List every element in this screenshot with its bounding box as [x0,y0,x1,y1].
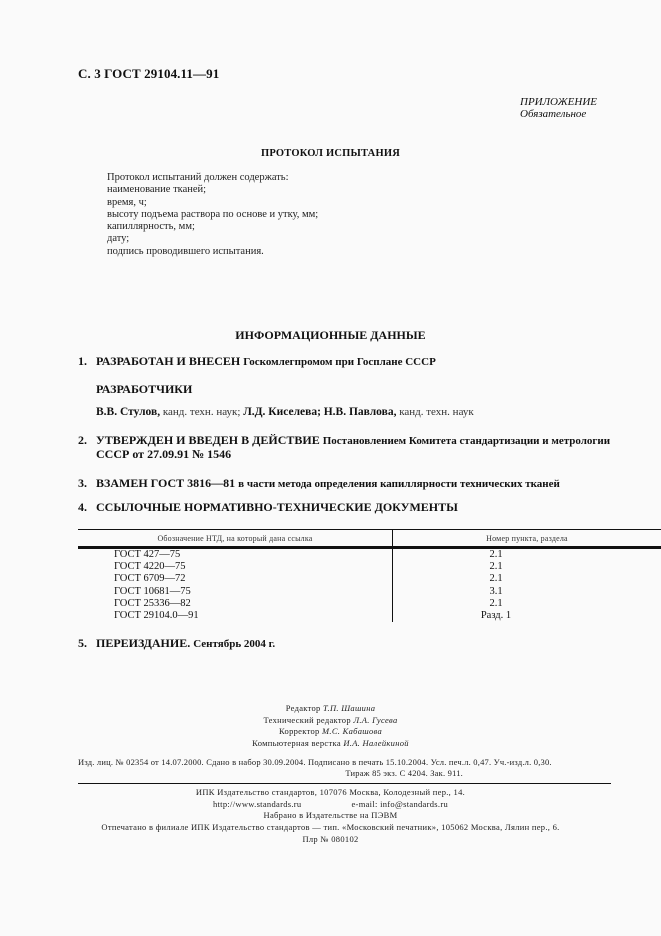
section-text-cont: СССР от 27.09.91 № 1546 [78,448,610,461]
website-link[interactable]: http://www.standards.ru [213,799,302,811]
section-heading: ВЗАМЕН ГОСТ 3816—81 [96,476,235,490]
protocol-line: время, ч; [107,197,318,209]
table-row: ГОСТ 4220—75 2.1 [78,561,661,573]
section-heading: РАЗРАБОТАН И ВНЕСЕН [96,354,240,368]
section-1: 1.РАЗРАБОТАН И ВНЕСЕН Госкомлегпромом пр… [78,354,436,369]
section-5: 5.ПЕРЕИЗДАНИЕ. Сентябрь 2004 г. [78,636,275,651]
credit-name: Л.А. Гусева [353,715,397,725]
credit-role: Редактор [286,703,321,713]
credit-name: Т.П. Шашина [323,703,375,713]
table-cell-clause: Разд. 1 [466,610,526,622]
table-row: ГОСТ 10681—75 3.1 [78,586,661,598]
section-text: Сентябрь 2004 г. [193,638,275,650]
table-cell-doc: ГОСТ 29104.0—91 [78,610,393,622]
protocol-body: Протокол испытаний должен содержать: наи… [107,172,318,258]
developer-name: Н.В. Павлова, [324,406,397,418]
section-number: 5. [78,636,96,651]
table-cell-doc: ГОСТ 25336—82 [78,598,393,610]
publisher-line: Набрано в Издательстве на ПЭВМ [0,810,661,822]
appendix-subtitle: Обязательное [520,108,597,120]
credit-name: И.А. Налейкиной [343,738,408,748]
section-number: 4. [78,500,96,515]
imprint: Изд. лиц. № 02354 от 14.07.2000. Сдано в… [78,757,611,779]
credit-role: Корректор [279,726,320,736]
section-text: в части метода определения капиллярности… [238,478,560,490]
column-header: Номер пункта, раздела [393,530,661,548]
developers-title: РАЗРАБОТЧИКИ [96,382,192,397]
table-row: ГОСТ 6709—72 2.1 [78,573,661,585]
email-link[interactable]: e-mail: info@standards.ru [351,799,448,809]
developer-name: В.В. Стулов, [96,406,160,418]
credit-role: Технический редактор [263,715,350,725]
table-cell-clause: 2.1 [466,561,526,573]
appendix-title: ПРИЛОЖЕНИЕ [520,96,597,108]
appendix-label: ПРИЛОЖЕНИЕ Обязательное [520,96,597,120]
section-number: 3. [78,476,96,491]
column-header: Обозначение НТД, на который дана ссылка [78,530,393,548]
section-4: 4.ССЫЛОЧНЫЕ НОРМАТИВНО-ТЕХНИЧЕСКИЕ ДОКУМ… [78,500,458,515]
table-cell-doc: ГОСТ 427—75 [78,548,393,562]
section-text: Госкомлегпромом при Госплане СССР [243,356,436,368]
protocol-line: подпись проводившего испытания. [107,246,318,258]
table-cell-doc: ГОСТ 10681—75 [78,586,393,598]
reference-table: Обозначение НТД, на который дана ссылка … [78,529,661,622]
section-2: 2.УТВЕРЖДЕН И ВВЕДЕН В ДЕЙСТВИЕ Постанов… [78,434,610,461]
protocol-line: дату; [107,233,318,245]
table-cell-clause: 2.1 [466,598,526,610]
table-header-row: Обозначение НТД, на который дана ссылка … [78,530,661,548]
credit-line: Компьютерная верстка И.А. Налейкиной [0,738,661,750]
protocol-line: высоту подъема раствора по основе и утку… [107,209,318,221]
table-cell-clause: 3.1 [466,586,526,598]
publisher-line: Плр № 080102 [0,834,661,846]
publisher-line: ИПК Издательство стандартов, 107076 Моск… [0,787,661,799]
section-3: 3.ВЗАМЕН ГОСТ 3816—81 в части метода опр… [78,476,560,491]
info-title: ИНФОРМАЦИОННЫЕ ДАННЫЕ [0,328,661,343]
protocol-line: Протокол испытаний должен содержать: [107,172,318,184]
section-number: 1. [78,354,96,369]
publisher-info: ИПК Издательство стандартов, 107076 Моск… [0,787,661,846]
publisher-line: Отпечатано в филиале ИПК Издательство ст… [0,822,661,834]
protocol-title: ПРОТОКОЛ ИСПЫТАНИЯ [0,148,661,159]
imprint-line: Тираж 85 экз. С 4204. Зак. 911. [78,768,611,779]
section-heading: ССЫЛОЧНЫЕ НОРМАТИВНО-ТЕХНИЧЕСКИЕ ДОКУМЕН… [96,500,458,514]
credit-line: Редактор Т.П. Шашина [0,703,661,715]
protocol-line: капиллярность, мм; [107,221,318,233]
credit-line: Корректор М.С. Кабашова [0,726,661,738]
section-text: Постановлением Комитета стандартизации и… [323,435,610,447]
section-number: 2. [78,434,96,447]
developer-degree: канд. техн. наук; [163,406,241,418]
table-cell-clause: 2.1 [466,573,526,585]
developer-degree: канд. техн. наук [399,406,474,418]
credit-role: Компьютерная верстка [252,738,341,748]
credit-name: М.С. Кабашова [322,726,382,736]
section-heading: ПЕРЕИЗДАНИЕ. [96,636,190,650]
protocol-line: наименование тканей; [107,184,318,196]
divider [78,783,611,784]
credit-line: Технический редактор Л.А. Гусева [0,715,661,727]
table-row: ГОСТ 29104.0—91 Разд. 1 [78,610,661,622]
table-cell-doc: ГОСТ 4220—75 [78,561,393,573]
section-heading: УТВЕРЖДЕН И ВВЕДЕН В ДЕЙСТВИЕ [96,433,320,447]
table-row: ГОСТ 427—75 2.1 [78,548,661,562]
table-cell-clause: 2.1 [466,549,526,561]
table-cell-doc: ГОСТ 6709—72 [78,573,393,585]
developers-list: В.В. Стулов, канд. техн. наук; Л.Д. Кисе… [96,406,474,418]
table-row: ГОСТ 25336—82 2.1 [78,598,661,610]
developer-name: Л.Д. Киселева; [243,406,321,418]
imprint-line: Изд. лиц. № 02354 от 14.07.2000. Сдано в… [78,757,611,768]
page-header: С. 3 ГОСТ 29104.11—91 [78,66,219,82]
publisher-contacts: http://www.standards.rue-mail: info@stan… [0,799,661,811]
editorial-credits: Редактор Т.П. Шашина Технический редакто… [0,703,661,750]
